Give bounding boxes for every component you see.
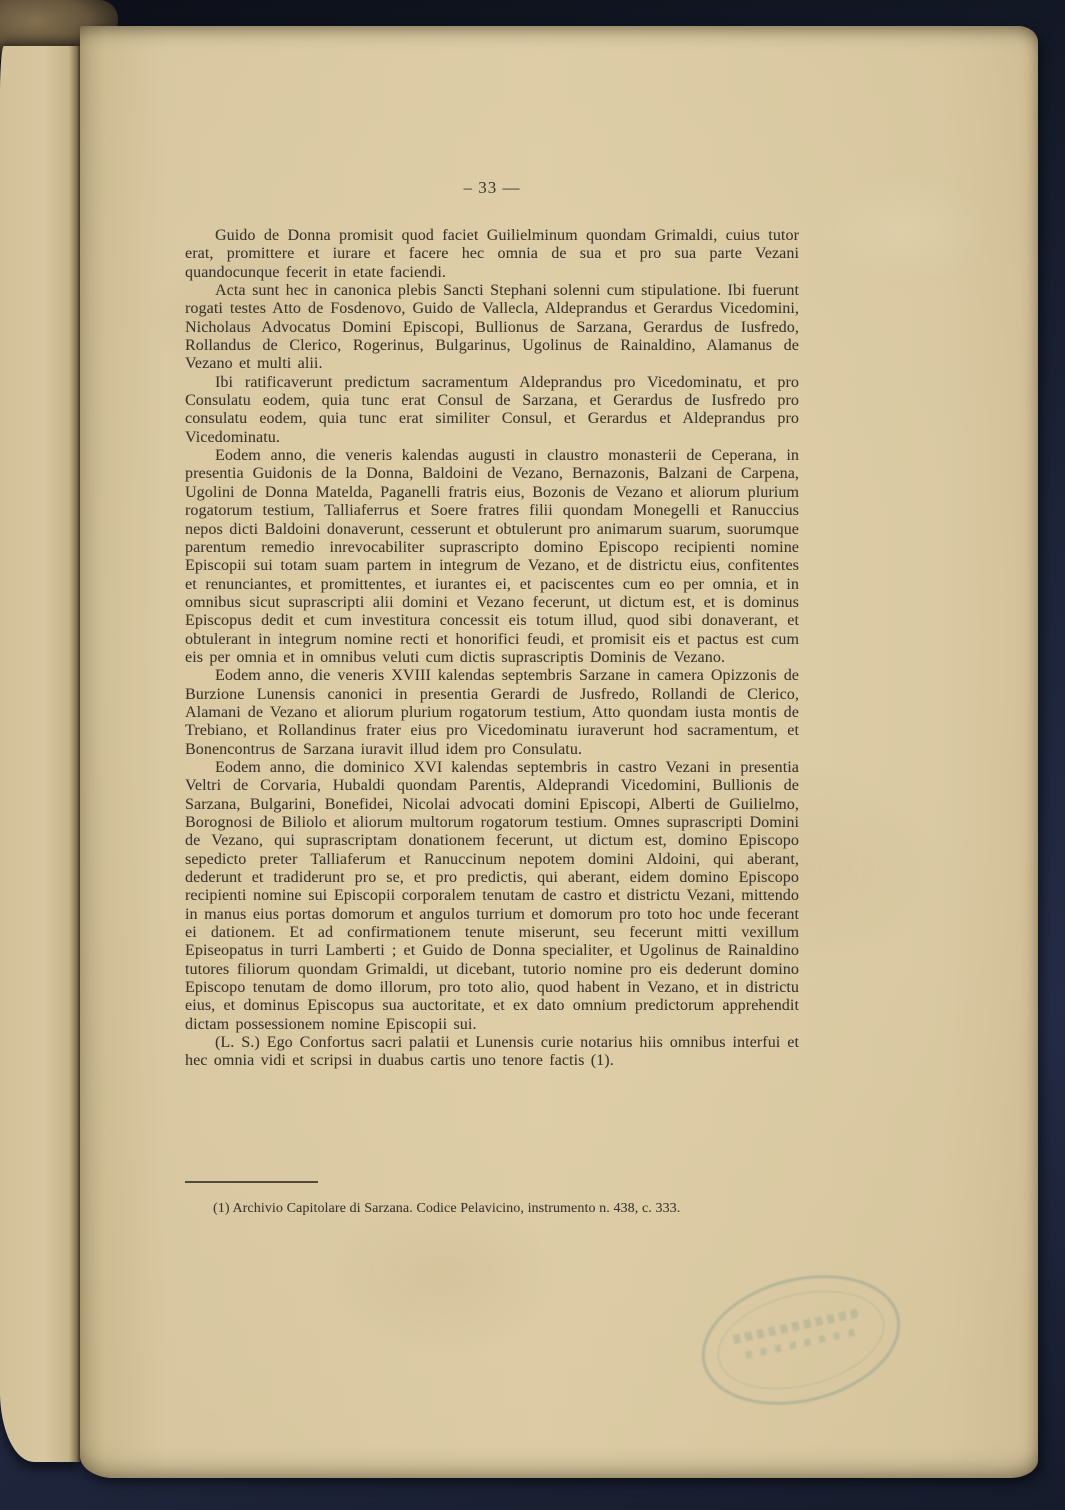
paragraph-3: Ibi ratificaverunt predictum sacramentum… (185, 374, 799, 447)
library-stamp (688, 1255, 914, 1424)
paragraph-1: Guido de Donna promisit quod faciet Guil… (185, 227, 799, 282)
book-page: – 33 — Guido de Donna promisit quod faci… (80, 26, 1038, 1478)
footnote-rule (185, 1181, 318, 1183)
footnote: (1) Archivio Capitolare di Sarzana. Codi… (185, 1200, 837, 1217)
paragraph-6: Eodem anno, die dominico XVI kalendas se… (185, 759, 799, 1034)
facing-page-edge (0, 46, 80, 1462)
paragraph-7: (L. S.) Ego Confortus sacri palatii et L… (185, 1034, 799, 1071)
scanner-background: – 33 — Guido de Donna promisit quod faci… (0, 0, 1065, 1510)
body-text: Guido de Donna promisit quod faciet Guil… (185, 227, 799, 1071)
paragraph-5: Eodem anno, die veneris XVIII kalendas s… (185, 667, 799, 759)
paragraph-4: Eodem anno, die veneris kalendas augusti… (185, 447, 799, 667)
paragraph-2: Acta sunt hec in canonica plebis Sancti … (185, 282, 799, 374)
page-number: – 33 — (185, 178, 799, 198)
